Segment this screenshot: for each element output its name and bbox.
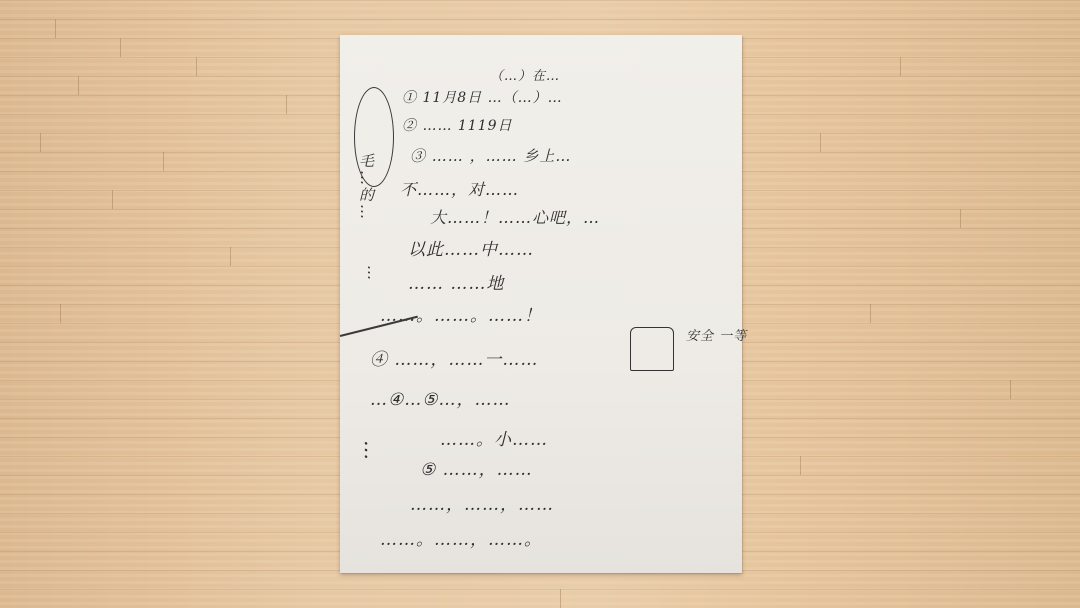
left-margin-note-1: 毛…的…	[356, 153, 377, 221]
note-line-14: ……。……，……。	[380, 525, 542, 550]
note-line-10: …④…⑤…，……	[370, 385, 510, 410]
boxed-sketch	[630, 327, 674, 371]
left-margin-note-2: …	[364, 265, 382, 282]
note-header: （…）在…	[490, 65, 560, 84]
note-line-3: ③ …… ，…… 乡上…	[410, 145, 571, 166]
note-line-8: ……。……。……！	[380, 301, 542, 326]
note-line-12: ⑤ ……，……	[420, 455, 533, 480]
note-line-13: ……，……，……	[410, 490, 554, 515]
right-margin-note: 安全 一等	[686, 325, 747, 344]
note-line-2: ② …… 1119日	[402, 115, 513, 135]
note-line-4: 不……，对……	[400, 177, 519, 200]
note-line-1: ① 11月8日 …（…）…	[402, 87, 563, 107]
left-margin-note-3: …	[360, 440, 384, 462]
note-line-11: ……。小……	[440, 425, 548, 450]
note-line-9: ④ ……，……一……	[370, 345, 538, 370]
note-line-5: 大……！……心吧，…	[430, 205, 600, 228]
note-line-7: …… ……地	[408, 269, 504, 294]
note-line-6: 以此……中……	[408, 235, 534, 260]
underline-stroke	[340, 316, 418, 337]
handwritten-note-paper: （…）在… ① 11月8日 …（…）… ② …… 1119日 ③ …… ，…… …	[340, 35, 742, 573]
